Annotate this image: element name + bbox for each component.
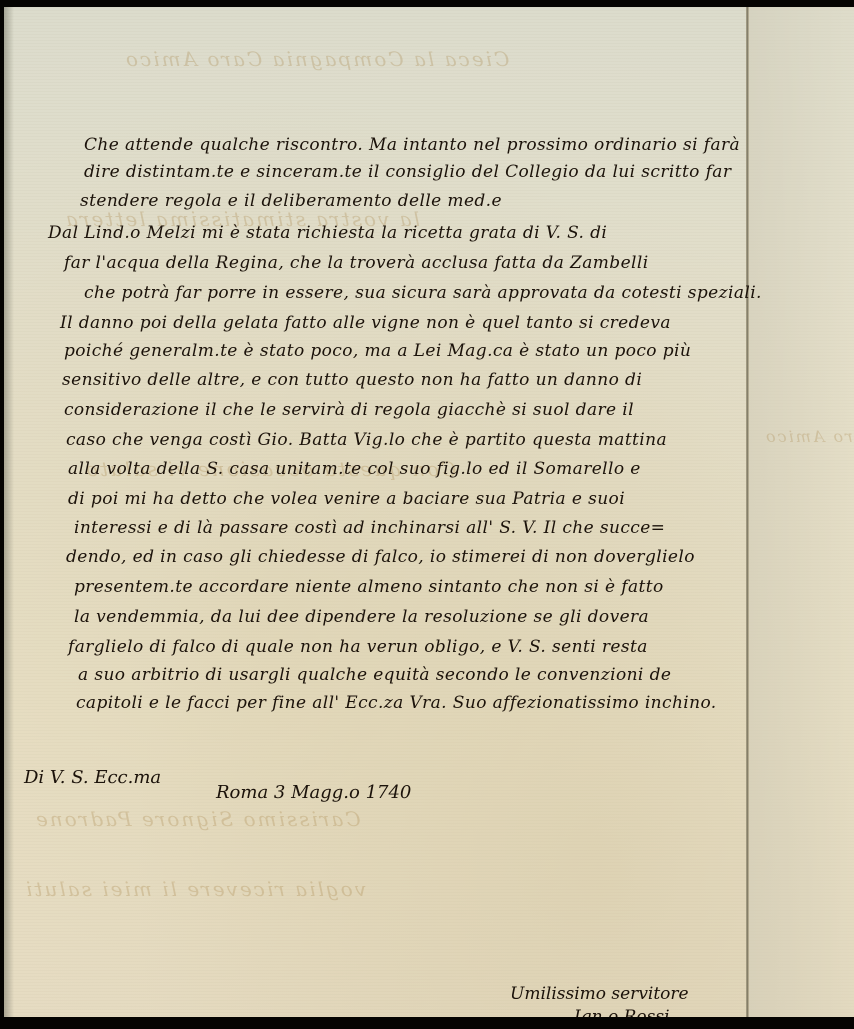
folded-right-panel <box>749 7 854 1019</box>
letter-line: la vendemmia, da lui dee dipendere la re… <box>74 607 649 627</box>
letter-line: presentem.te accordare niente almeno sin… <box>74 577 664 597</box>
letter-line: Che attende qualche riscontro. Ma intant… <box>84 135 740 155</box>
letter-line: capitoli e le facci per fine all' Ecc.za… <box>76 693 717 713</box>
letter-line: stendere regola e il deliberamento delle… <box>80 191 502 211</box>
letter-line: dire distintam.te e sinceram.te il consi… <box>84 162 731 182</box>
letter-line: Dal Lind.o Melzi mi è stata richiesta la… <box>48 223 607 243</box>
letter-line: interessi e di là passare costì ad inchi… <box>74 518 665 538</box>
letter-line: dendo, ed in caso gli chiedesse di falco… <box>66 547 695 567</box>
letter-line: a suo arbitrio di usargli qualche equità… <box>78 665 671 685</box>
letter-line: di poi mi ha detto che volea venire a ba… <box>68 489 625 509</box>
letter-line: Il danno poi della gelata fatto alle vig… <box>60 313 671 333</box>
date-line: Roma 3 Magg.o 1740 <box>216 782 411 803</box>
letter-line: che potrà far porre in essere, sua sicur… <box>84 283 762 303</box>
paper-fold-line <box>746 7 749 1019</box>
letter-line: sensitivo delle altre, e con tutto quest… <box>62 370 642 390</box>
bleed-through-text: Cieca la Compagnia Caro Amico <box>124 47 509 71</box>
letter-line: alla volta della S. casa unitam.te col s… <box>68 459 641 479</box>
letter-line: considerazione il che le servirà di rego… <box>64 400 634 420</box>
letter-line: farglielo di falco di quale non ha verun… <box>68 637 648 657</box>
salutation: Di V. S. Ecc.ma <box>24 767 161 788</box>
bleed-through-text: voglia ricevere li miei saluti <box>24 877 366 901</box>
paper-left-edge-shadow <box>4 7 14 1019</box>
letter-line: caso che venga costì Gio. Batta Vig.lo c… <box>66 430 667 450</box>
letter-line: far l'acqua della Regina, che la troverà… <box>64 253 649 273</box>
bleed-through-text: Carissimo Signore Padrone <box>34 807 361 831</box>
scan-bottom-border <box>0 1017 854 1029</box>
manuscript-sheet: Cieca la Compagnia Caro Amico la vostra … <box>4 7 854 1019</box>
signature-closing: Umilissimo servitore <box>510 984 689 1004</box>
letter-line: poiché generalm.te è stato poco, ma a Le… <box>64 341 691 361</box>
